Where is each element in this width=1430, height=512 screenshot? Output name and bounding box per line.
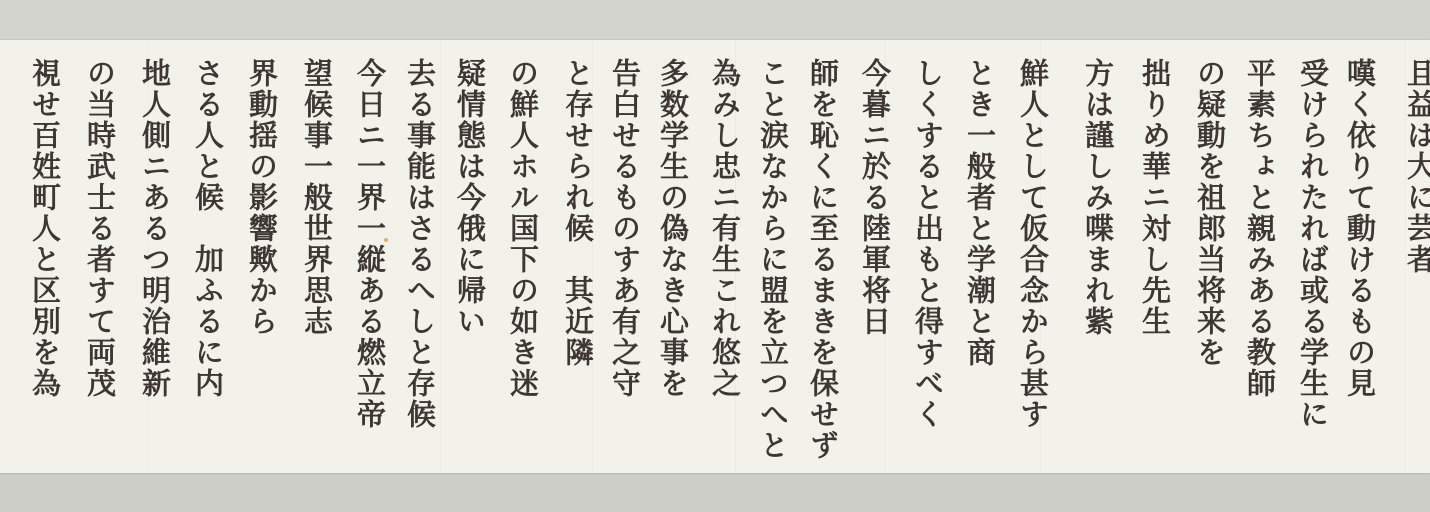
text-column-13: こと涙なからに盟を立つへと — [758, 58, 787, 461]
scroll-paper: 且益は大に芸者 嘆く依りて動けるもの見 受けられたれば或る学生に 平素ちょと親み… — [0, 40, 1430, 473]
text-column-18: の鮮人ホル国下の如き迷 — [508, 58, 537, 399]
text-column-8: 鮮人として仮合念から甚す — [1018, 58, 1047, 430]
text-column-19: 疑情態は今俄に帰い — [455, 58, 484, 337]
text-column-22: 望候事一般世界思志 — [302, 58, 331, 337]
text-column-5: の疑動を祖郎当将来を — [1195, 58, 1224, 368]
text-column-2: 嘆く依りて動けるもの見 — [1345, 58, 1374, 399]
text-column-24: さる人と候 加ふるに内 — [193, 58, 222, 399]
text-column-4: 平素ちょと親みある教師 — [1245, 58, 1274, 399]
text-column-12: 師を恥くに至るまきを保せず — [808, 58, 837, 461]
text-column-9: とき一般者と学潮と商 — [965, 58, 994, 368]
text-column-15: 多数学生の偽なき心事を — [658, 58, 687, 399]
text-column-6: 拙りめ華ニ対し先生 — [1140, 58, 1169, 337]
scroll-photo: 且益は大に芸者 嘆く依りて動けるもの見 受けられたれば或る学生に 平素ちょと親み… — [0, 0, 1430, 512]
text-column-23: 界動揺の影響歟から — [247, 58, 276, 337]
text-column-25: 地人側ニあるつ明治維新 — [140, 58, 169, 399]
text-column-11: 今暮ニ於る陸軍将日 — [860, 58, 889, 337]
text-column-10: しくすると出もと得すべく — [913, 58, 942, 430]
text-column-17: と存せられ候 其近隣 — [563, 58, 592, 368]
text-column-21: 今日ニ一界一縦ある燃立帝 — [355, 58, 384, 430]
text-column-7: 方は謹しみ喋まれ紫 — [1083, 58, 1112, 337]
text-column-26: の当時武士る者すて両茂 — [85, 58, 114, 399]
text-column-3: 受けられたれば或る学生に — [1298, 58, 1327, 430]
text-column-14: 為みし忠ニ有生これ悠之 — [710, 58, 739, 399]
text-column-16: 告白せるものすあ有之守 — [610, 58, 639, 399]
text-column-27: 視せ百姓町人と区別を為 — [30, 58, 59, 399]
text-column-20: 去る事能はさるへしと存候 — [405, 58, 434, 430]
text-column-1: 且益は大に芸者 — [1405, 58, 1430, 275]
paper-fold — [440, 40, 442, 473]
